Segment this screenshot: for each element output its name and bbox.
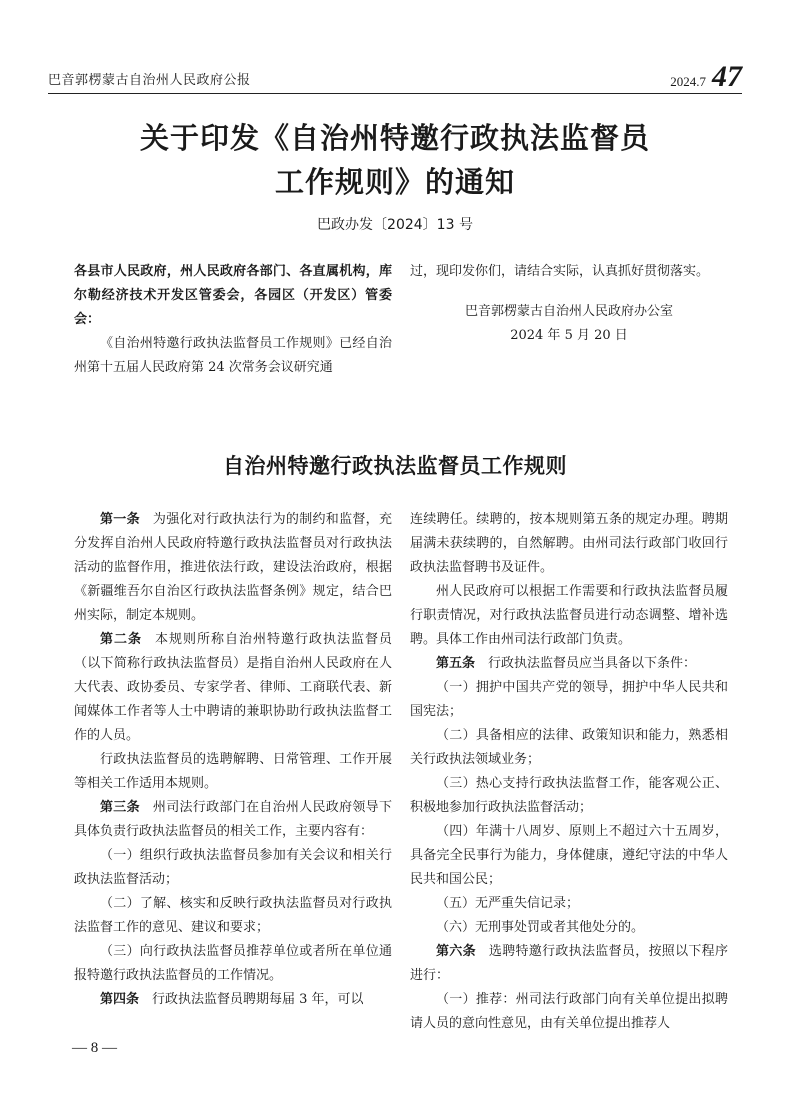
rule-paragraph: 第三条州司法行政部门在自治州人民政府领导下具体负责行政执法监督员的相关工作，主要… <box>74 796 392 844</box>
rule-paragraph: 第二条本规则所称自治州特邀行政执法监督员（以下简称行政执法监督员）是指自治州人民… <box>74 628 392 748</box>
issuer-signature: 巴音郭楞蒙古自治州人民政府办公室 <box>410 300 728 324</box>
article-text: 行政执法监督员应当具备以下条件： <box>488 656 696 671</box>
issue-date-signed: 2024 年 5 月 20 日 <box>410 324 728 348</box>
article-number: 第四条 <box>100 992 139 1007</box>
article-text: 行政执法监督员聘期每届 3 年，可以 <box>152 992 364 1007</box>
rule-paragraph: 行政执法监督员的选聘解聘、日常管理、工作开展等相关工作适用本规则。 <box>74 748 392 796</box>
article-number: 第一条 <box>100 512 140 527</box>
issue-info: 2024.7 47 <box>670 64 742 90</box>
article-text: 行政执法监督员的选聘解聘、日常管理、工作开展等相关工作适用本规则。 <box>74 752 392 791</box>
rule-paragraph: （三）向行政执法监督员推荐单位或者所在单位通报特邀行政执法监督员的工作情况。 <box>74 940 392 988</box>
document-number: 巴政办发〔2024〕13 号 <box>0 214 790 234</box>
issue-date: 2024.7 <box>670 74 706 90</box>
article-text: （三）热心支持行政执法监督工作，能客观公正、积极地参加行政执法监督活动； <box>410 776 728 815</box>
article-text: （六）无刑事处罚或者其他处分的。 <box>436 920 644 935</box>
notice-right-column: 过，现印发你们，请结合实际，认真抓好贯彻落实。 巴音郭楞蒙古自治州人民政府办公室… <box>410 260 728 348</box>
notice-title-line-2: 工作规则》的通知 <box>0 160 790 204</box>
journal-name: 巴音郭楞蒙古自治州人民政府公报 <box>48 69 251 88</box>
rule-paragraph: （二）了解、核实和反映行政执法监督员对行政执法监督工作的意见、建议和要求； <box>74 892 392 940</box>
article-text: 州人民政府可以根据工作需要和行政执法监督员履行职责情况，对行政执法监督员进行动态… <box>410 584 728 647</box>
notice-left-column: 各县市人民政府，州人民政府各部门、各直属机构，库尔勒经济技术开发区管委会，各园区… <box>74 260 392 380</box>
notice-title: 关于印发《自治州特邀行政执法监督员 工作规则》的通知 <box>0 116 790 204</box>
article-number: 第六条 <box>436 944 476 959</box>
rule-paragraph: （六）无刑事处罚或者其他处分的。 <box>410 916 728 940</box>
rule-paragraph: （一）拥护中国共产党的领导，拥护中华人民共和国宪法； <box>410 676 728 724</box>
article-text: （四）年满十八周岁、原则上不超过六十五周岁，具备完全民事行为能力，身体健康，遵纪… <box>410 824 728 887</box>
rule-paragraph: 连续聘任。续聘的，按本规则第五条的规定办理。聘期届满未获续聘的，自然解聘。由州司… <box>410 508 728 580</box>
rule-paragraph: （三）热心支持行政执法监督工作，能客观公正、积极地参加行政执法监督活动； <box>410 772 728 820</box>
article-number: 第三条 <box>100 800 140 815</box>
notice-body-right: 过，现印发你们，请结合实际，认真抓好贯彻落实。 <box>410 260 728 284</box>
article-text: 为强化对行政执法行为的制约和监督，充分发挥自治州人民政府特邀行政执法监督员对行政… <box>74 512 392 623</box>
article-text: （二）具备相应的法律、政策知识和能力，熟悉相关行政执法领域业务； <box>410 728 728 767</box>
page-header: 巴音郭楞蒙古自治州人民政府公报 2024.7 47 <box>48 62 742 94</box>
article-text: （一）拥护中国共产党的领导，拥护中华人民共和国宪法； <box>410 680 728 719</box>
article-text: （二）了解、核实和反映行政执法监督员对行政执法监督工作的意见、建议和要求； <box>74 896 392 935</box>
rule-paragraph: 州人民政府可以根据工作需要和行政执法监督员履行职责情况，对行政执法监督员进行动态… <box>410 580 728 652</box>
article-text: （五）无严重失信记录； <box>436 896 579 911</box>
rules-left-column: 第一条为强化对行政执法行为的制约和监督，充分发挥自治州人民政府特邀行政执法监督员… <box>74 508 392 1012</box>
rules-title: 自治州特邀行政执法监督员工作规则 <box>0 450 790 480</box>
article-text: 连续聘任。续聘的，按本规则第五条的规定办理。聘期届满未获续聘的，自然解聘。由州司… <box>410 512 728 575</box>
article-number: 第五条 <box>436 656 475 671</box>
rule-paragraph: 第五条行政执法监督员应当具备以下条件： <box>410 652 728 676</box>
notice-body-left: 《自治州特邀行政执法监督员工作规则》已经自治州第十五届人民政府第 24 次常务会… <box>74 332 392 380</box>
journal-page-number: 47 <box>712 64 742 90</box>
page-number: — 8 — <box>72 1040 117 1057</box>
rule-paragraph: （一）组织行政执法监督员参加有关会议和相关行政执法监督活动； <box>74 844 392 892</box>
rule-paragraph: （四）年满十八周岁、原则上不超过六十五周岁，具备完全民事行为能力，身体健康，遵纪… <box>410 820 728 892</box>
article-text: （一）推荐：州司法行政部门向有关单位提出拟聘请人员的意向性意见，由有关单位提出推… <box>410 992 728 1031</box>
rule-paragraph: （一）推荐：州司法行政部门向有关单位提出拟聘请人员的意向性意见，由有关单位提出推… <box>410 988 728 1036</box>
notice-title-line-1: 关于印发《自治州特邀行政执法监督员 <box>0 116 790 160</box>
article-text: （三）向行政执法监督员推荐单位或者所在单位通报特邀行政执法监督员的工作情况。 <box>74 944 392 983</box>
rule-paragraph: 第四条行政执法监督员聘期每届 3 年，可以 <box>74 988 392 1012</box>
rule-paragraph: 第一条为强化对行政执法行为的制约和监督，充分发挥自治州人民政府特邀行政执法监督员… <box>74 508 392 628</box>
article-number: 第二条 <box>100 632 142 647</box>
addressee: 各县市人民政府，州人民政府各部门、各直属机构，库尔勒经济技术开发区管委会，各园区… <box>74 260 392 332</box>
article-text: 本规则所称自治州特邀行政执法监督员（以下简称行政执法监督员）是指自治州人民政府在… <box>74 632 392 743</box>
article-text: （一）组织行政执法监督员参加有关会议和相关行政执法监督活动； <box>74 848 392 887</box>
rule-paragraph: 第六条选聘特邀行政执法监督员，按照以下程序进行： <box>410 940 728 988</box>
rule-paragraph: （二）具备相应的法律、政策知识和能力，熟悉相关行政执法领域业务； <box>410 724 728 772</box>
rules-right-column: 连续聘任。续聘的，按本规则第五条的规定办理。聘期届满未获续聘的，自然解聘。由州司… <box>410 508 728 1036</box>
rule-paragraph: （五）无严重失信记录； <box>410 892 728 916</box>
